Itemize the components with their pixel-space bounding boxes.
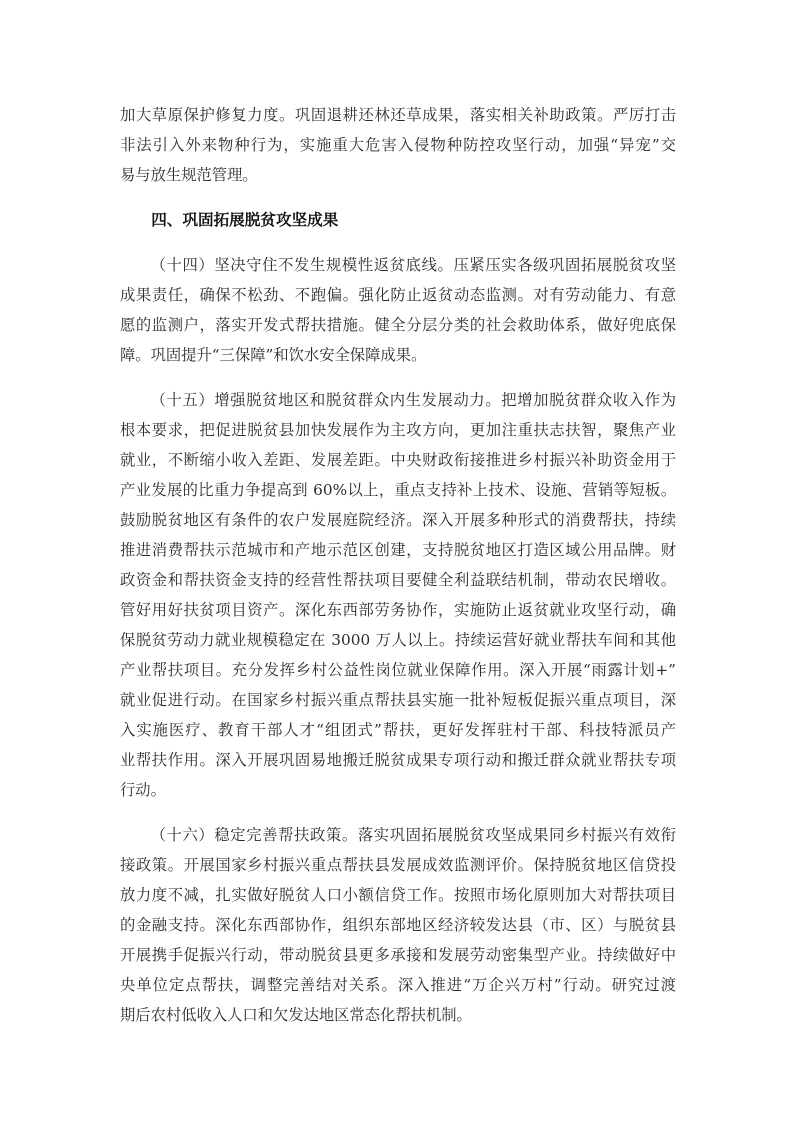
text-line: 政资金和帮扶资金支持的经营性帮扶项目要健全利益联结机制，带动农民增收。 [120,565,676,595]
text-line: 障。巩固提升“三保障”和饮水安全保障成果。 [120,340,676,370]
intro-paragraph: 加大草原保护修复力度。巩固退耕还林还草成果，落实相关补助政策。严厉打击 非法引入… [120,100,676,190]
text-line: 开展携手促振兴行动，带动脱贫县更多承接和发展劳动密集型产业。持续做好中 [120,940,676,970]
text-line: （十五）增强脱贫地区和脱贫群众内生发展动力。把增加脱贫群众收入作为 [120,385,676,415]
text-line: 产业帮扶项目。充分发挥乡村公益性岗位就业保障作用。深入开展“雨露计划+” [120,655,676,685]
text-line: 期后农村低收入人口和欠发达地区常态化帮扶机制。 [120,1000,676,1030]
text-line: 就业，不断缩小收入差距、发展差距。中央财政衔接推进乡村振兴补助资金用于 [120,445,676,475]
text-line: 接政策。开展国家乡村振兴重点帮扶县发展成效监测评价。保持脱贫地区信贷投 [120,850,676,880]
text-line: 入实施医疗、教育干部人才“组团式”帮扶，更好发挥驻村干部、科技特派员产 [120,715,676,745]
text-line: 业帮扶作用。深入开展巩固易地搬迁脱贫成果专项行动和搬迁群众就业帮扶专项 [120,745,676,775]
text-line: 管好用好扶贫项目资产。深化东西部劳务协作，实施防止返贫就业攻坚行动，确 [120,595,676,625]
text-line: 成果责任，确保不松劲、不跑偏。强化防止返贫动态监测。对有劳动能力、有意 [120,280,676,310]
text-line: 就业促进行动。在国家乡村振兴重点帮扶县实施一批补短板促振兴重点项目，深 [120,685,676,715]
document-body: 加大草原保护修复力度。巩固退耕还林还草成果，落实相关补助政策。严厉打击 非法引入… [120,100,676,1030]
paragraph-14: （十四）坚决守住不发生规模性返贫底线。压紧压实各级巩固拓展脱贫攻坚 成果责任，确… [120,250,676,370]
text-line: （十六）稳定完善帮扶政策。落实巩固拓展脱贫攻坚成果同乡村振兴有效衔 [120,820,676,850]
text-line: 推进消费帮扶示范城市和产地示范区创建，支持脱贫地区打造区域公用品牌。财 [120,535,676,565]
text-line: 产业发展的比重力争提高到 60%以上，重点支持补上技术、设施、营销等短板。 [120,475,676,505]
section-heading: 四、巩固拓展脱贫攻坚成果 [120,205,676,235]
text-line: 根本要求，把促进脱贫县加快发展作为主攻方向，更加注重扶志扶智，聚焦产业 [120,415,676,445]
text-line: 的金融支持。深化东西部协作，组织东部地区经济较发达县（市、区）与脱贫县 [120,910,676,940]
document-page: 加大草原保护修复力度。巩固退耕还林还草成果，落实相关补助政策。严厉打击 非法引入… [0,0,793,1122]
text-line: 放力度不减，扎实做好脱贫人口小额信贷工作。按照市场化原则加大对帮扶项目 [120,880,676,910]
paragraph-15: （十五）增强脱贫地区和脱贫群众内生发展动力。把增加脱贫群众收入作为 根本要求，把… [120,385,676,805]
text-line: 鼓励脱贫地区有条件的农户发展庭院经济。深入开展多种形式的消费帮扶，持续 [120,505,676,535]
paragraph-16: （十六）稳定完善帮扶政策。落实巩固拓展脱贫攻坚成果同乡村振兴有效衔 接政策。开展… [120,820,676,1030]
text-line: 保脱贫劳动力就业规模稳定在 3000 万人以上。持续运营好就业帮扶车间和其他 [120,625,676,655]
text-line: 行动。 [120,775,676,805]
text-line: 愿的监测户，落实开发式帮扶措施。健全分层分类的社会救助体系，做好兜底保 [120,310,676,340]
text-line: 加大草原保护修复力度。巩固退耕还林还草成果，落实相关补助政策。严厉打击 [120,100,676,130]
text-line: 非法引入外来物种行为，实施重大危害入侵物种防控攻坚行动，加强“异宠”交 [120,130,676,160]
text-line: （十四）坚决守住不发生规模性返贫底线。压紧压实各级巩固拓展脱贫攻坚 [120,250,676,280]
text-line: 央单位定点帮扶，调整完善结对关系。深入推进“万企兴万村”行动。研究过渡 [120,970,676,1000]
text-line: 易与放生规范管理。 [120,160,676,190]
